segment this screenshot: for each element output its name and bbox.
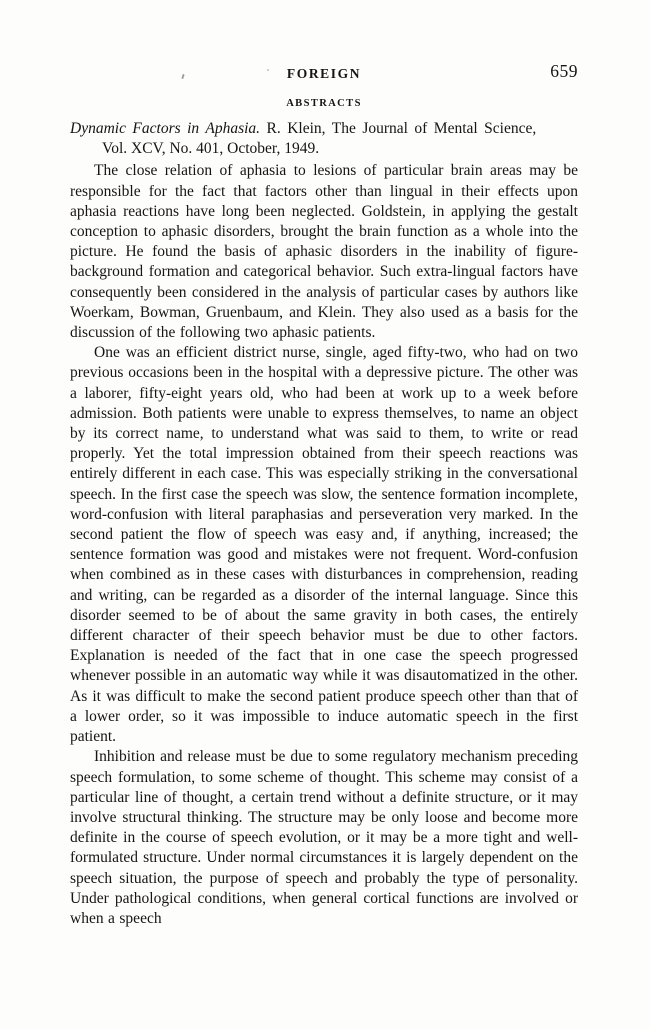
- page-header: FOREIGN 659: [70, 63, 578, 84]
- journal-page: FOREIGN 659 ABSTRACTS Dynamic Factors in…: [0, 0, 650, 1029]
- abstract-paragraph: One was an efficient district nurse, sin…: [70, 343, 578, 747]
- abstract-paragraph: The close relation of aphasia to lesions…: [70, 161, 578, 343]
- reference-line-1: Dynamic Factors in Aphasia. R. Klein, Th…: [70, 119, 578, 139]
- abstract-paragraph: Inhibition and release must be due to so…: [70, 747, 578, 929]
- text-block: FOREIGN 659 ABSTRACTS Dynamic Factors in…: [70, 63, 578, 929]
- reference-citation: Dynamic Factors in Aphasia. R. Klein, Th…: [70, 119, 578, 159]
- running-head: FOREIGN: [70, 63, 578, 84]
- reference-line-2: Vol. XCV, No. 401, October, 1949.: [102, 139, 578, 159]
- reference-title: Dynamic Factors in Aphasia.: [70, 120, 260, 137]
- reference-authors-journal: R. Klein, The Journal of Mental Science,: [267, 120, 537, 137]
- scan-artifact: [267, 69, 269, 71]
- abstract-body: The close relation of aphasia to lesions…: [70, 161, 578, 929]
- page-number: 659: [550, 61, 578, 82]
- section-heading: ABSTRACTS: [70, 98, 578, 109]
